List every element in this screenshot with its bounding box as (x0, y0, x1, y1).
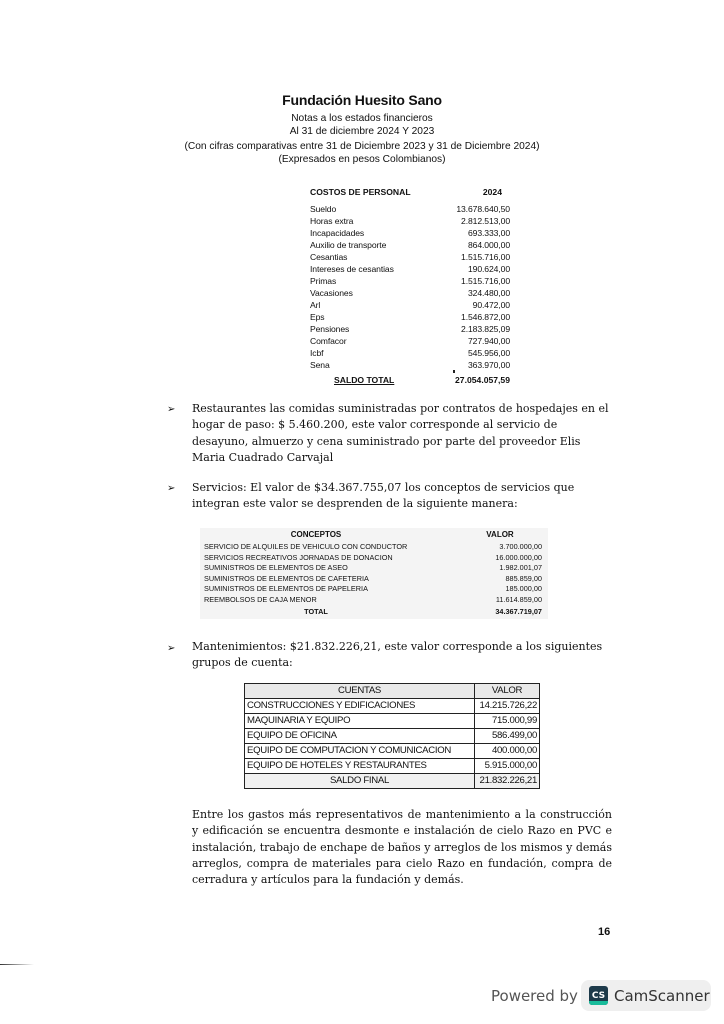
arrow-bullet-icon: ➢ (167, 643, 175, 654)
closing-paragraph: Entre los gastos más representativos de … (192, 807, 612, 888)
value-cell: 3.700.000,00 (454, 542, 548, 553)
value-cell: 5.915.000,00 (475, 759, 540, 774)
total-label: SALDO FINAL (245, 774, 475, 789)
services-row: SERVICIO DE ALQUILES DE VEHICULO CON CON… (200, 542, 548, 553)
account-cell: EQUIPO DE HOTELES Y RESTAURANTES (245, 759, 475, 774)
personal-cost-row: Incapacidades693.333,00 (310, 227, 510, 239)
maintenance-row: MAQUINARIA Y EQUIPO715.000,99 (245, 714, 540, 729)
row-label: Primas (310, 275, 336, 287)
accounts-column-header: CUENTAS (245, 684, 475, 699)
account-cell: CONSTRUCCIONES Y EDIFICACIONES (245, 699, 475, 714)
document-title: Fundación Huesito Sano (0, 92, 724, 108)
row-value: 1.515.716,00 (461, 275, 510, 287)
document-page: Fundación Huesito Sano Notas a los estad… (0, 0, 724, 1024)
personal-cost-row: Vacasiones324.480,00 (310, 287, 510, 299)
personal-cost-row: Icbf545.956,00 (310, 347, 510, 359)
value-column-header: VALOR (432, 528, 548, 542)
total-label: SALDO TOTAL (334, 375, 394, 389)
subtitle-line: Al 31 de diciembre 2024 Y 2023 (0, 125, 724, 138)
account-cell: EQUIPO DE COMPUTACION Y COMUNICACION (245, 744, 475, 759)
row-value: 13.678.640,50 (456, 203, 510, 215)
arrow-bullet-icon: ➢ (167, 404, 175, 415)
row-label: Cesantias (310, 251, 347, 263)
services-table: CONCEPTOS VALOR SERVICIO DE ALQUILES DE … (200, 528, 548, 619)
personal-costs-total: SALDO TOTAL 27.054.057,59 (310, 375, 510, 389)
row-label: Pensiones (310, 323, 349, 335)
services-total-row: TOTAL 34.367.719,07 (200, 606, 548, 617)
services-row: SERVICIOS RECREATIVOS JORNADAS DE DONACI… (200, 553, 548, 564)
value-cell: 16.000.000,00 (454, 553, 548, 564)
logo-text: CS (592, 991, 605, 1001)
personal-costs-table: COSTOS DE PERSONAL 2024 Sueldo13.678.640… (310, 187, 510, 389)
concept-cell: SUMINISTROS DE ELEMENTOS DE PAPELERIA (200, 584, 454, 595)
page-number: 16 (598, 926, 610, 938)
maintenance-row: EQUIPO DE OFICINA586.499,00 (245, 729, 540, 744)
row-value: 363.970,00 (468, 359, 510, 371)
personal-cost-row: Cesantias1.515.716,00 (310, 251, 510, 263)
camscanner-logo-icon: CS (589, 986, 608, 1005)
maintenance-table: CUENTAS VALOR CONSTRUCCIONES Y EDIFICACI… (244, 683, 540, 789)
total-value: 27.054.057,59 (455, 375, 510, 389)
row-label: Sueldo (310, 203, 336, 215)
stray-mark (453, 370, 455, 373)
services-row: REEMBOLSOS DE CAJA MENOR11.614.859,00 (200, 595, 548, 606)
row-value: 324.480,00 (468, 287, 510, 299)
personal-cost-row: Pensiones2.183.825,09 (310, 323, 510, 335)
powered-by-label: Powered by (491, 987, 578, 1005)
row-value: 90.472,00 (473, 299, 510, 311)
arrow-bullet-icon: ➢ (167, 483, 175, 494)
row-label: Intereses de cesantias (310, 263, 394, 275)
row-label: Horas extra (310, 215, 353, 227)
account-cell: MAQUINARIA Y EQUIPO (245, 714, 475, 729)
mantenimientos-paragraph: Mantenimientos: $21.832.226,21, este val… (192, 639, 612, 672)
value-cell: 586.499,00 (475, 729, 540, 744)
personal-cost-row: Horas extra2.812.513,00 (310, 215, 510, 227)
personal-costs-heading: COSTOS DE PERSONAL (310, 187, 411, 203)
row-label: Vacasiones (310, 287, 353, 299)
value-cell: 14.215.726,22 (475, 699, 540, 714)
personal-cost-row: Auxilio de transporte864.000,00 (310, 239, 510, 251)
row-value: 2.812.513,00 (461, 215, 510, 227)
subtitle-line: (Con cifras comparativas entre 31 de Dic… (0, 140, 724, 153)
personal-cost-row: Comfacor727.940,00 (310, 335, 510, 347)
maintenance-row: EQUIPO DE HOTELES Y RESTAURANTES5.915.00… (245, 759, 540, 774)
services-header: CONCEPTOS VALOR (200, 528, 548, 542)
year-column-header: 2024 (483, 187, 502, 203)
restaurantes-paragraph: Restaurantes las comidas suministradas p… (192, 401, 612, 466)
personal-cost-row: Sueldo13.678.640,50 (310, 203, 510, 215)
row-value: 727.940,00 (468, 335, 510, 347)
row-value: 190.624,00 (468, 263, 510, 275)
personal-cost-row: Primas1.515.716,00 (310, 275, 510, 287)
row-label: Auxilio de transporte (310, 239, 386, 251)
maintenance-row: CONSTRUCCIONES Y EDIFICACIONES14.215.726… (245, 699, 540, 714)
row-label: Sena (310, 359, 330, 371)
concept-cell: SERVICIO DE ALQUILES DE VEHICULO CON CON… (200, 542, 454, 553)
camscanner-badge: CS CamScanner (581, 980, 711, 1011)
personal-cost-row: Intereses de cesantias190.624,00 (310, 263, 510, 275)
row-label: Eps (310, 311, 325, 323)
concept-cell: REEMBOLSOS DE CAJA MENOR (200, 595, 454, 606)
concept-cell: SUMINISTROS DE ELEMENTOS DE ASEO (200, 563, 454, 574)
value-cell: 1.982.001,07 (454, 563, 548, 574)
maintenance-total-row: SALDO FINAL21.832.226,21 (245, 774, 540, 789)
value-cell: 185.000,00 (454, 584, 548, 595)
personal-cost-row: Sena363.970,00 (310, 359, 510, 371)
personal-costs-header: COSTOS DE PERSONAL 2024 (310, 187, 510, 203)
camscanner-brand: CamScanner (614, 987, 710, 1005)
account-cell: EQUIPO DE OFICINA (245, 729, 475, 744)
services-row: SUMINISTROS DE ELEMENTOS DE CAFETERIA885… (200, 574, 548, 585)
value-cell: 11.614.859,00 (454, 595, 548, 606)
concepts-column-header: CONCEPTOS (200, 528, 432, 542)
total-value: 34.367.719,07 (432, 606, 548, 617)
total-value: 21.832.226,21 (475, 774, 540, 789)
value-cell: 400.000,00 (475, 744, 540, 759)
row-label: Arl (310, 299, 320, 311)
row-value: 864.000,00 (468, 239, 510, 251)
services-row: SUMINISTROS DE ELEMENTOS DE PAPELERIA185… (200, 584, 548, 595)
row-value: 693.333,00 (468, 227, 510, 239)
value-cell: 715.000,99 (475, 714, 540, 729)
row-value: 2.183.825,09 (461, 323, 510, 335)
row-value: 545.956,00 (468, 347, 510, 359)
services-rows: SERVICIO DE ALQUILES DE VEHICULO CON CON… (200, 542, 548, 606)
subtitle-line: (Expresados en pesos Colombianos) (0, 153, 724, 166)
row-label: Comfacor (310, 335, 346, 347)
row-value: 1.546.872,00 (461, 311, 510, 323)
subtitle-line: Notas a los estados financieros (0, 112, 724, 125)
value-column-header: VALOR (475, 684, 540, 699)
total-label: TOTAL (200, 606, 432, 617)
services-row: SUMINISTROS DE ELEMENTOS DE ASEO1.982.00… (200, 563, 548, 574)
concept-cell: SUMINISTROS DE ELEMENTOS DE CAFETERIA (200, 574, 454, 585)
row-label: Incapacidades (310, 227, 364, 239)
servicios-paragraph: Servicios: El valor de $34.367.755,07 lo… (192, 480, 616, 513)
concept-cell: SERVICIOS RECREATIVOS JORNADAS DE DONACI… (200, 553, 454, 564)
row-value: 1.515.716,00 (461, 251, 510, 263)
personal-cost-row: Eps1.546.872,00 (310, 311, 510, 323)
maintenance-header-row: CUENTAS VALOR (245, 684, 540, 699)
maintenance-row: EQUIPO DE COMPUTACION Y COMUNICACION400.… (245, 744, 540, 759)
scan-edge-line (0, 964, 34, 965)
row-label: Icbf (310, 347, 323, 359)
value-cell: 885.859,00 (454, 574, 548, 585)
personal-costs-rows: Sueldo13.678.640,50Horas extra2.812.513,… (310, 203, 510, 371)
personal-cost-row: Arl90.472,00 (310, 299, 510, 311)
